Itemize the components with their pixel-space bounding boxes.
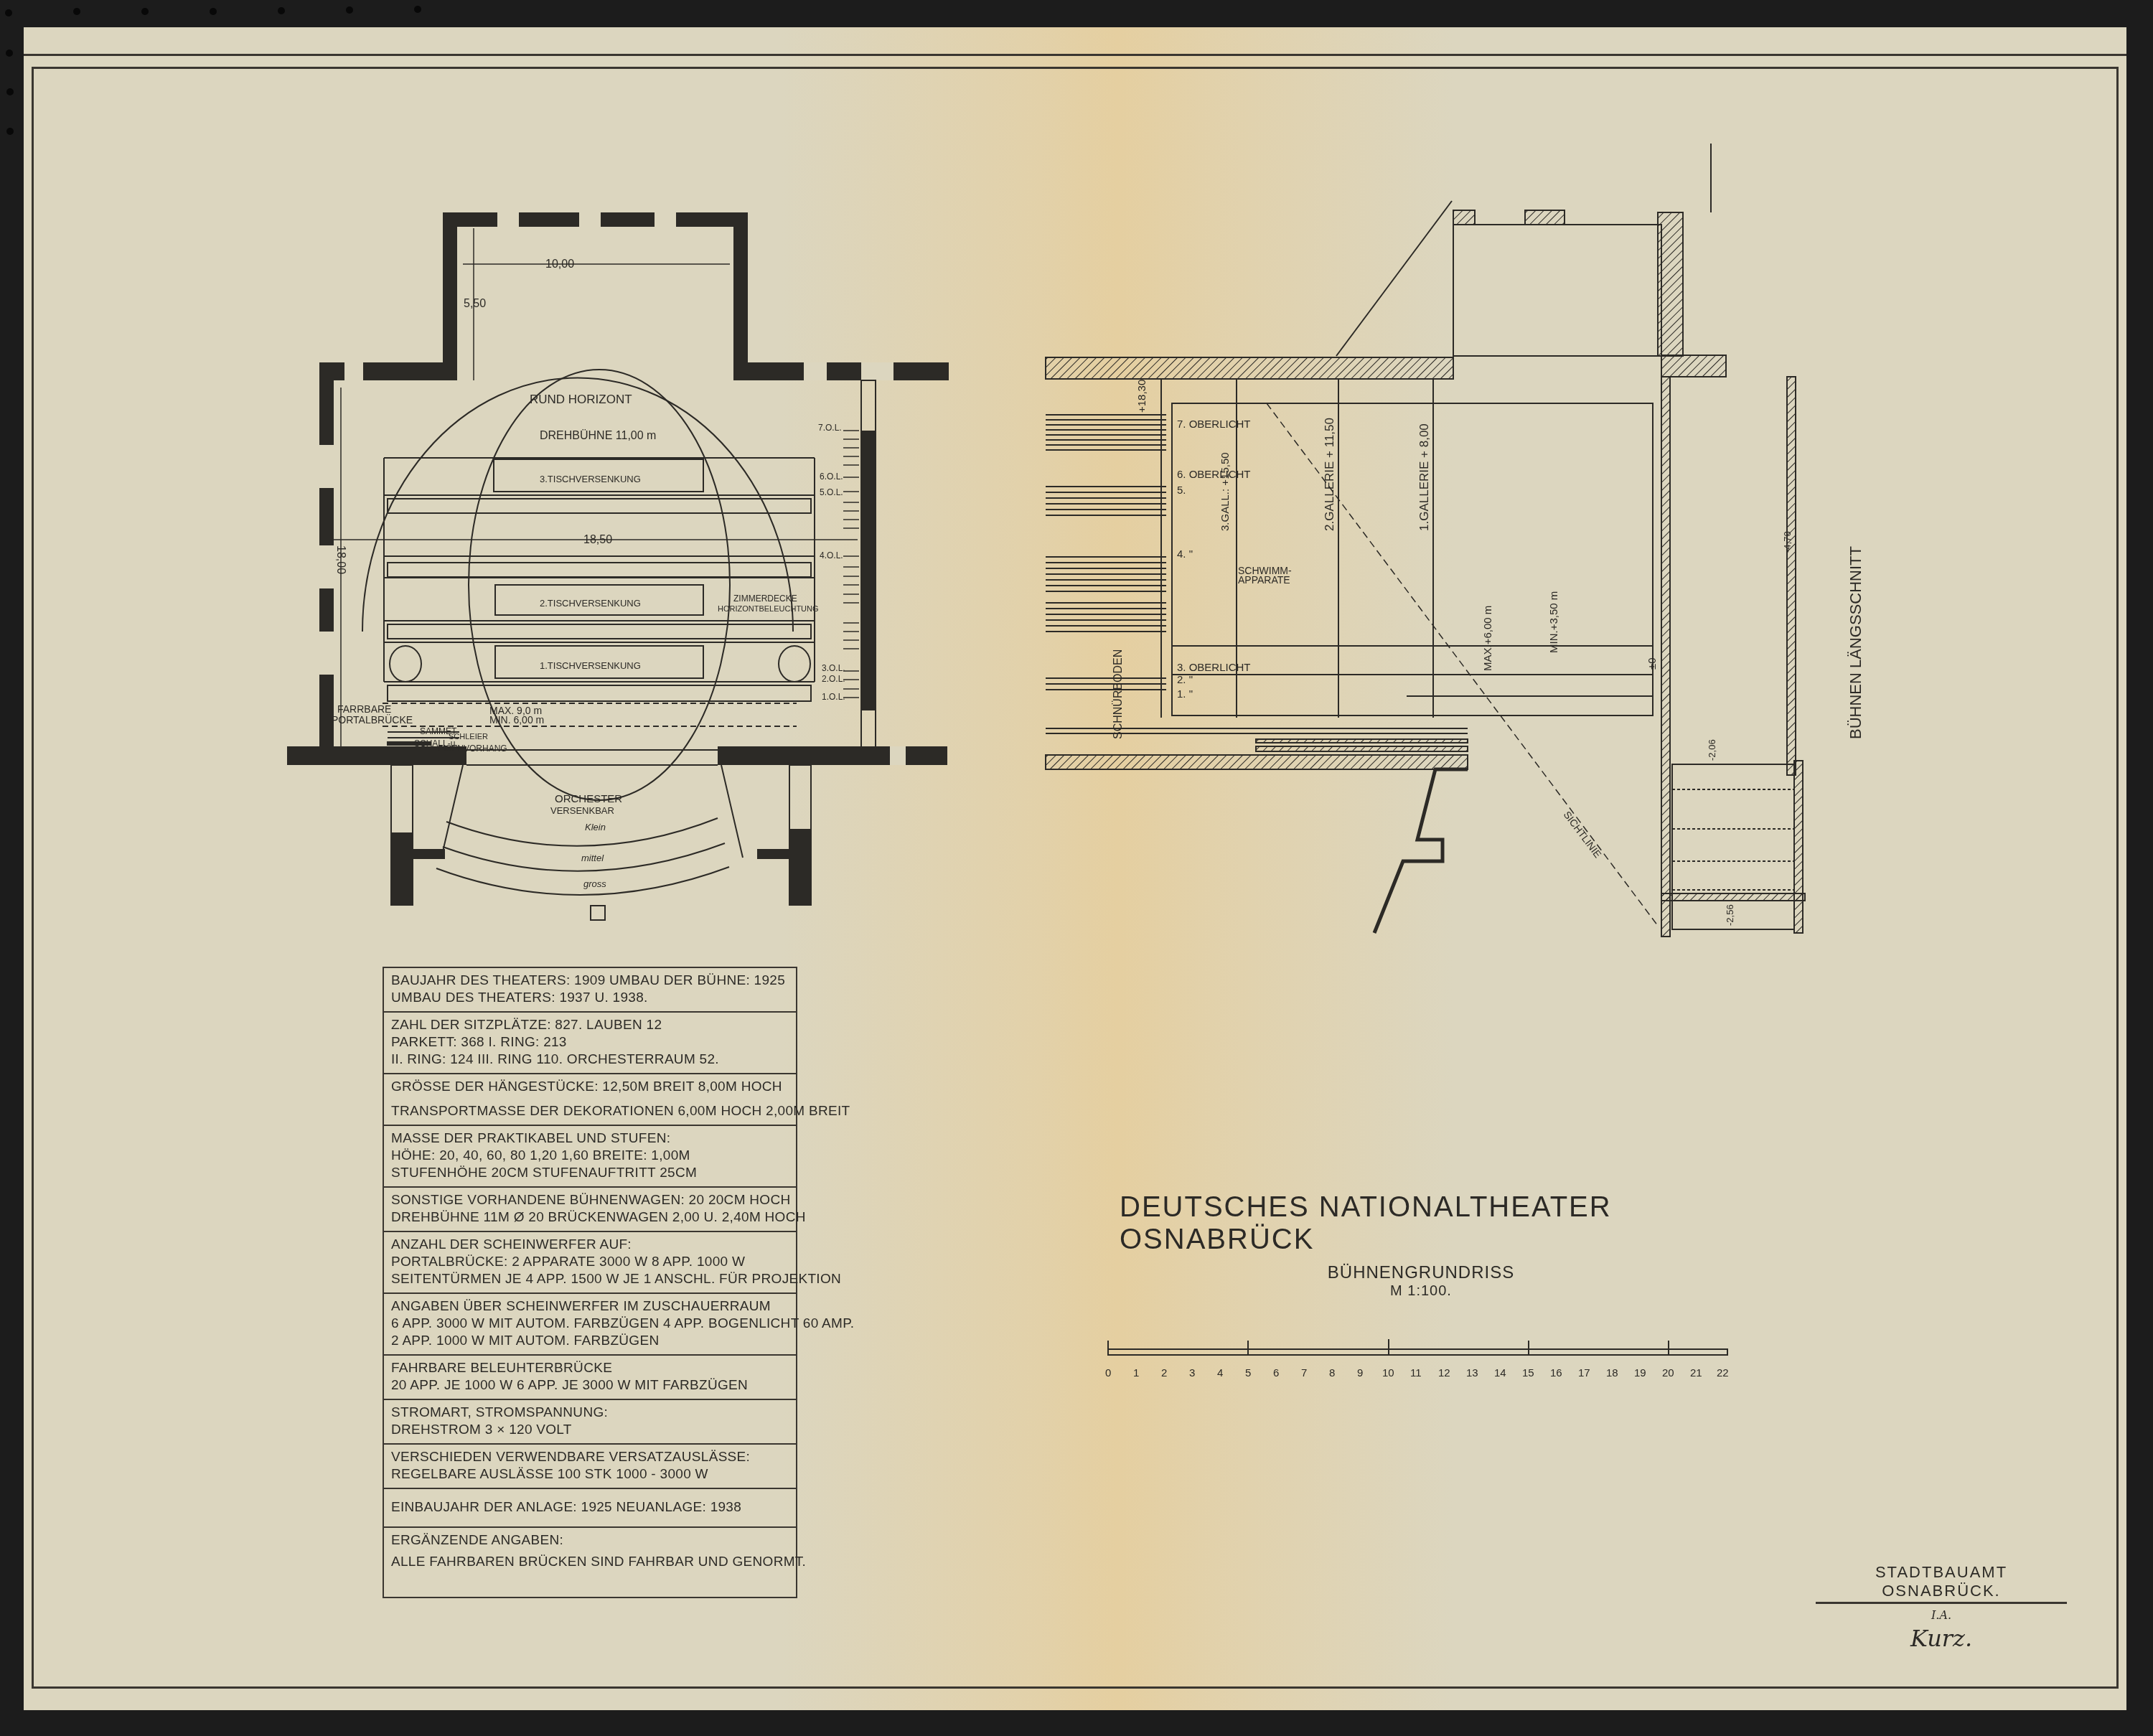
label-gallerie-3: 3.GALL.: +15,50 <box>1219 452 1232 531</box>
office-stamp: STADTBAUAMT OSNABRÜCK. I.A. Kurz. <box>1816 1563 2067 1652</box>
scale-tick: 10 <box>1382 1367 1394 1379</box>
row-line: STUFENHÖHE 20cm STUFENAUFTRITT 25cm <box>391 1165 789 1182</box>
scale-tick: 12 <box>1438 1367 1450 1379</box>
scale-tick: 1 <box>1133 1367 1139 1379</box>
label-schwimmapparate-2: APPARATE <box>1238 574 1290 586</box>
label-depth-470: -4,70 <box>1782 531 1793 553</box>
signature: Kurz. <box>1816 1625 2067 1652</box>
row-line: ZAHL DER SITZPLÄTZE: 827. LAUBEN 12 <box>391 1017 789 1034</box>
drawing-scale: M 1:100. <box>1105 1283 1737 1300</box>
scale-tick: 9 <box>1357 1367 1363 1379</box>
scale-tick: 17 <box>1578 1367 1590 1379</box>
drawing-title: DEUTSCHES NATIONALTHEATER OSNABRÜCK <box>1120 1191 1737 1256</box>
label-section-portal-max: MAX.+6,00 m <box>1482 606 1494 671</box>
row-line: ALLE FAHRBAREN BRÜCKEN SIND FAHRBAR UND … <box>391 1554 789 1571</box>
row-line: SEITENTÜRMEN JE 4 APP. 1500 W JE 1 ANSCH… <box>391 1271 789 1288</box>
title-block: DEUTSCHES NATIONALTHEATER OSNABRÜCK BÜHN… <box>1105 1191 1737 1300</box>
scale-tick: 0 <box>1105 1367 1111 1379</box>
stage-longitudinal-section: SCHNÜRBODEN +18,30 3.GALL.: +15,50 2.GAL… <box>0 0 2153 969</box>
label-oberlicht-7: 7. OBERLICHT <box>1177 418 1251 431</box>
technical-data-table: BAUJAHR DES THEATERS: 1909 UMBAU DER BÜH… <box>383 967 797 1598</box>
table-row: ANGABEN ÜBER SCHEINWERFER IM ZUSCHAUERRA… <box>384 1294 796 1356</box>
row-line: FAHRBARE BELEUHTERBRÜCKE <box>391 1360 789 1377</box>
row-line: II. RING: 124 III. RING 110. ORCHESTERRA… <box>391 1051 789 1069</box>
scale-tick: 11 <box>1410 1367 1422 1379</box>
label-zero-level: ±0 <box>1646 657 1659 670</box>
scale-tick: 8 <box>1329 1367 1335 1379</box>
row-line: STROMART, STROMSPANNUNG: <box>391 1404 789 1422</box>
scale-tick: 7 <box>1301 1367 1307 1379</box>
table-row: BAUJAHR DES THEATERS: 1909 UMBAU DER BÜH… <box>384 968 796 1013</box>
table-row: VERSCHIEDEN VERWENDBARE VERSATZAUSLÄSSE:… <box>384 1445 796 1489</box>
row-line: UMBAU DES THEATERS: 1937 u. 1938. <box>391 990 789 1007</box>
label-oberlicht-6: 6. OBERLICHT <box>1177 469 1251 481</box>
scale-tick: 22 <box>1717 1367 1729 1379</box>
label-depth-256: -2,56 <box>1725 904 1735 926</box>
row-line: PARKETT: 368 I. RING: 213 <box>391 1034 789 1051</box>
label-section-portal-min: MIN.+3,50 m <box>1548 591 1560 653</box>
row-line: DREHBÜHNE 11m Ø 20 BRÜCKENWAGEN 2,00 u. … <box>391 1209 789 1226</box>
label-oberlicht-4: 4. " <box>1177 548 1193 560</box>
scale-tick: 19 <box>1634 1367 1646 1379</box>
scale-tick: 4 <box>1217 1367 1223 1379</box>
scale-tick: 5 <box>1245 1367 1251 1379</box>
drawing-subtitle: BÜHNENGRUNDRISS <box>1105 1263 1737 1283</box>
table-row: FAHRBARE BELEUHTERBRÜCKE 20 APP. JE 1000… <box>384 1356 796 1400</box>
scale-tick: 15 <box>1522 1367 1534 1379</box>
label-gallerie-2: 2.GALLERIE + 11,50 <box>1323 418 1336 531</box>
row-line: ANGABEN ÜBER SCHEINWERFER IM ZUSCHAUERRA… <box>391 1298 789 1315</box>
table-row: GRÖSSE DER HÄNGESTÜCKE: 12,50m BREIT 8,0… <box>384 1074 796 1126</box>
scale-tick: 3 <box>1189 1367 1195 1379</box>
row-line: SONSTIGE VORHANDENE BÜHNENWAGEN: 20 20cm… <box>391 1192 789 1209</box>
row-line: MASSE DER PRAKTIKABEL UND STUFEN: <box>391 1130 789 1148</box>
label-gallerie-1: 1.GALLERIE + 8,00 <box>1417 423 1431 531</box>
scale-tick: 21 <box>1690 1367 1702 1379</box>
table-row: ANZAHL DER SCHEINWERFER AUF: PORTALBRÜCK… <box>384 1232 796 1294</box>
row-line: 6 APP. 3000 W MIT AUTOM. FARBZÜGEN 4 APP… <box>391 1315 789 1333</box>
scale-tick: 16 <box>1550 1367 1562 1379</box>
label-section-title: BÜHNEN LÄNGSSCHNITT <box>1847 546 1864 739</box>
label-oberlicht-2: 2. " <box>1177 674 1193 686</box>
row-line: 20 APP. JE 1000 W 6 APP. JE 3000 W MIT F… <box>391 1377 789 1394</box>
row-line: 2 APP. 1000 W MIT AUTOM. FARBZÜGEN <box>391 1333 789 1350</box>
row-line: BAUJAHR DES THEATERS: 1909 UMBAU DER BÜH… <box>391 972 789 990</box>
row-line: EINBAUJAHR DER ANLAGE: 1925 NEUANLAGE: 1… <box>391 1493 789 1522</box>
stamp-office: STADTBAUAMT OSNABRÜCK. <box>1816 1563 2067 1604</box>
row-line: ERGÄNZENDE ANGABEN: <box>391 1532 789 1549</box>
label-oberlicht-5: 5. <box>1177 484 1186 497</box>
table-row: SONSTIGE VORHANDENE BÜHNENWAGEN: 20 20cm… <box>384 1188 796 1232</box>
row-line: HÖHE: 20, 40, 60, 80 1,20 1,60 BREITE: 1… <box>391 1148 789 1165</box>
scale-tick: 13 <box>1466 1367 1478 1379</box>
scale-tick: 14 <box>1494 1367 1506 1379</box>
table-row: MASSE DER PRAKTIKABEL UND STUFEN: HÖHE: … <box>384 1126 796 1188</box>
label-schnuerboden: SCHNÜRBODEN <box>1112 649 1125 739</box>
table-row: EINBAUJAHR DER ANLAGE: 1925 NEUANLAGE: 1… <box>384 1489 796 1528</box>
scale-tick: 20 <box>1662 1367 1674 1379</box>
scale-tick: 2 <box>1161 1367 1167 1379</box>
row-line: ANZAHL DER SCHEINWERFER AUF: <box>391 1237 789 1254</box>
table-row: STROMART, STROMSPANNUNG: DREHSTROM 3 × 1… <box>384 1400 796 1445</box>
row-line: DREHSTROM 3 × 120 VOLT <box>391 1422 789 1439</box>
row-line: VERSCHIEDEN VERWENDBARE VERSATZAUSLÄSSE: <box>391 1449 789 1466</box>
scale-bar: 0 1 2 3 4 5 6 7 8 9 10 11 12 13 14 15 16… <box>1105 1339 1737 1389</box>
row-line: TRANSPORTMASSE DER DEKORATIONEN 6,00m HO… <box>391 1103 789 1120</box>
table-row: ZAHL DER SITZPLÄTZE: 827. LAUBEN 12 PARK… <box>384 1013 796 1074</box>
table-row: ERGÄNZENDE ANGABEN: ALLE FAHRBAREN BRÜCK… <box>384 1528 796 1597</box>
label-sichtlinie: SICHTLINIE <box>1562 809 1604 860</box>
row-line: PORTALBRÜCKE: 2 APPARATE 3000 W 8 APP. 1… <box>391 1254 789 1271</box>
label-oberlicht-1: 1. " <box>1177 688 1193 700</box>
stamp-ia: I.A. <box>1816 1608 2067 1622</box>
row-line: REGELBARE AUSLÄSSE 100 STK 1000 - 3000 W <box>391 1466 789 1483</box>
scale-tick: 18 <box>1606 1367 1618 1379</box>
label-height-schnuerboden: +18,30 <box>1136 380 1148 413</box>
scale-tick: 6 <box>1273 1367 1279 1379</box>
label-oberlicht-3: 3. OBERLICHT <box>1177 662 1251 674</box>
row-line: GRÖSSE DER HÄNGESTÜCKE: 12,50m BREIT 8,0… <box>391 1079 789 1096</box>
label-depth-206: -2,06 <box>1707 739 1717 761</box>
